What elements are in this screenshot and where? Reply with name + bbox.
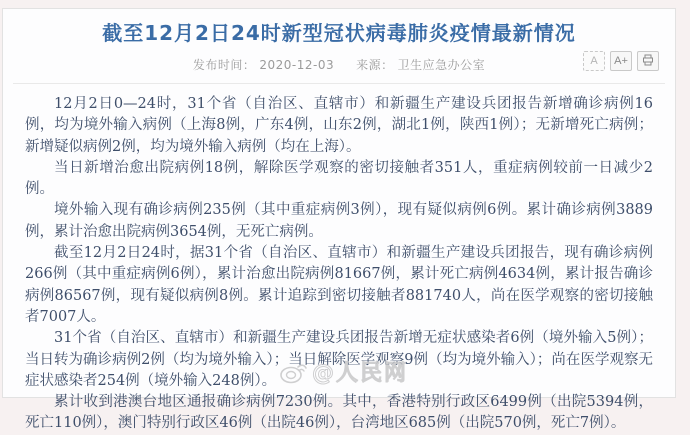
article-panel: 截至12月2日24时新型冠状病毒肺炎疫情最新情况 发布时间：2020-12-03…: [2, 8, 676, 389]
publish-time-label: 发布时间：: [193, 58, 256, 72]
paragraph-new-cases: 12月2日0—24时，31个省（自治区、直辖市）和新疆生产建设兵团报告新增确诊病…: [25, 94, 653, 158]
article-meta: 发布时间：2020-12-03来源：卫生应急办公室: [3, 56, 675, 73]
paragraph-cumulative-totals: 截至12月2日24时，据31个省（自治区、直辖市）和新疆生产建设兵团报告，现有确…: [25, 243, 653, 328]
source-value: 卫生应急办公室: [398, 58, 486, 72]
paragraph-recovered-today: 当日新增治愈出院病例18例，解除医学观察的密切接触者351人，重症病例较前一日减…: [25, 158, 653, 201]
article-body: 12月2日0—24时，31个省（自治区、直辖市）和新疆生产建设兵团报告新增确诊病…: [3, 84, 675, 389]
page-title: 截至12月2日24时新型冠状病毒肺炎疫情最新情况: [3, 19, 675, 47]
printer-icon: [642, 54, 654, 69]
source-label: 来源：: [356, 58, 394, 72]
paragraph-asymptomatic: 31个省（自治区、直辖市）和新疆生产建设兵团报告新增无症状感染者6例（境外输入5…: [25, 328, 653, 389]
paragraph-imported-cases: 境外输入现有确诊病例235例（其中重症病例3例），现有疑似病例6例。累计确诊病例…: [25, 200, 653, 243]
publish-time-value: 2020-12-03: [259, 58, 334, 72]
font-toolbar: A A+: [583, 51, 659, 71]
print-button[interactable]: [637, 51, 659, 71]
article-header: 截至12月2日24时新型冠状病毒肺炎疫情最新情况 发布时间：2020-12-03…: [3, 9, 675, 73]
font-decrease-button[interactable]: A: [583, 51, 605, 71]
font-increase-button[interactable]: A+: [610, 51, 632, 71]
